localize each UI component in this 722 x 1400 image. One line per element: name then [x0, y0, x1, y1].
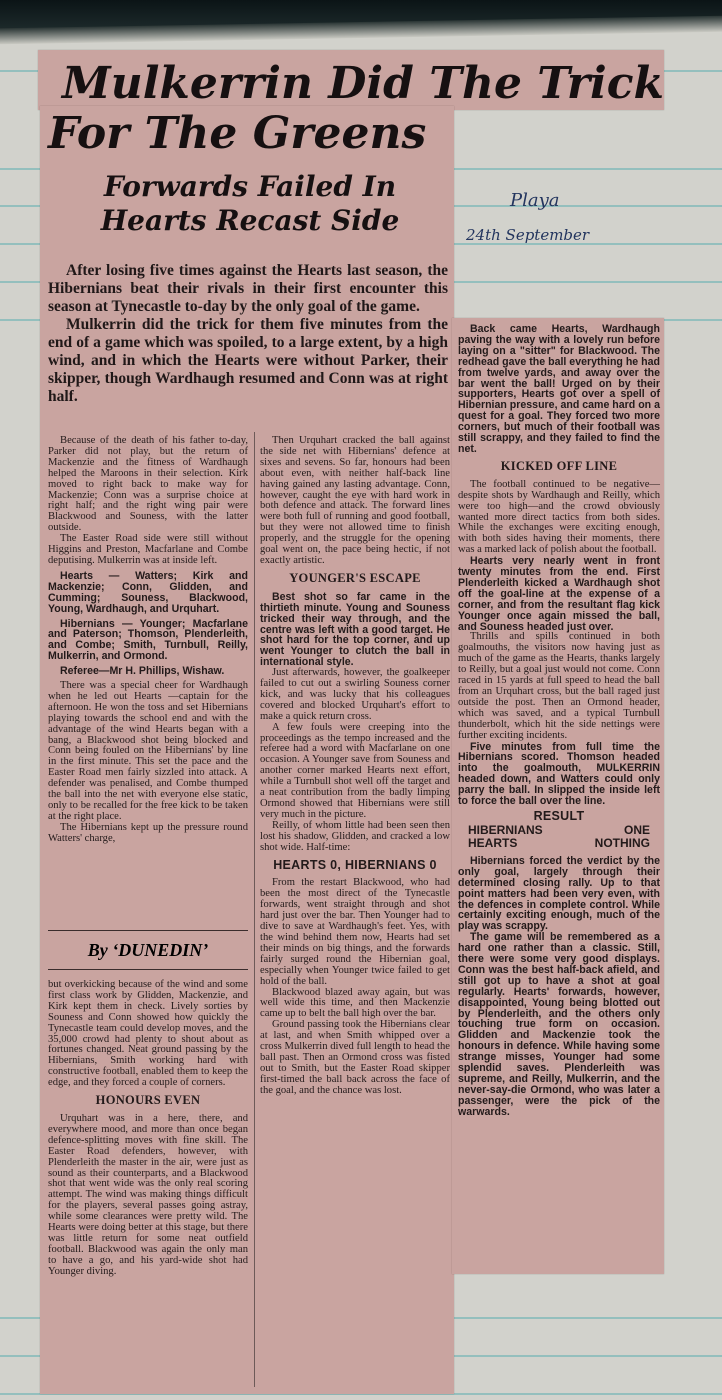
paragraph: Thrills and spills continued in both goa… — [458, 632, 660, 741]
paragraph-bold: The game will be remembered as a hard on… — [458, 932, 660, 1117]
halftime-score: HEARTS 0, HIBERNIANS 0 — [260, 860, 450, 871]
subheadline: Forwards Failed In Hearts Recast Side — [60, 170, 440, 238]
paragraph-bold: Hibernians forced the verdict by the onl… — [458, 856, 660, 932]
result-score: ONE — [624, 824, 650, 837]
paragraph: Ground passing took the Hibernians clear… — [260, 1020, 450, 1096]
referee: Referee—Mr H. Phillips, Wishaw. — [48, 666, 248, 677]
headline-line1: Mulkerrin Did The Trick — [40, 56, 664, 112]
column-2: Then Urquhart cracked the ball against t… — [260, 436, 450, 1097]
result-row: HIBERNIANS ONE — [458, 824, 660, 837]
paragraph: Then Urquhart cracked the ball against t… — [260, 436, 450, 567]
paragraph-bold: Five minutes from full time the Hibernia… — [458, 742, 660, 807]
paragraph-bold: Back came Hearts, Wardhaugh paving the w… — [458, 324, 660, 455]
result-score: NOTHING — [595, 837, 650, 850]
paragraph: Because of the death of his father to-da… — [48, 436, 248, 534]
column-1-upper: Because of the death of his father to-da… — [48, 436, 248, 845]
intro-paragraph: Mulkerrin did the trick for them five mi… — [48, 316, 448, 406]
headline-line2: For The Greens — [40, 108, 454, 168]
paragraph-bold: Best shot so far came in the thirtieth m… — [260, 592, 450, 668]
paragraph: The Easter Road side were still without … — [48, 534, 248, 567]
byline: By ‘DUNEDIN’ — [48, 930, 248, 970]
paragraph: The football continued to be negative—de… — [458, 480, 660, 556]
paragraph: Reilly, of whom little had been seen the… — [260, 821, 450, 854]
intro-paragraph: After losing five times against the Hear… — [48, 262, 448, 316]
paragraph: but overkicking because of the wind and … — [48, 980, 248, 1089]
column-1-lower: but overkicking because of the wind and … — [48, 980, 248, 1278]
paragraph: Urquhart was in a here, there, and every… — [48, 1114, 248, 1278]
paragraph: A few fouls were creeping into the proce… — [260, 723, 450, 821]
paragraph: The Hibernians kept up the pressure roun… — [48, 823, 248, 845]
column-divider — [254, 432, 255, 1387]
paragraph-bold: Hearts very nearly went in front twenty … — [458, 556, 660, 632]
section-heading: HONOURS EVEN — [48, 1095, 248, 1106]
paragraph: Blackwood blazed away again, but was wel… — [260, 988, 450, 1021]
result-team: HIBERNIANS — [468, 824, 543, 837]
section-heading: YOUNGER'S ESCAPE — [260, 573, 450, 584]
result-row: HEARTS NOTHING — [458, 837, 660, 850]
hearts-lineup: Hearts — Watters; Kirk and Mackenzie; Co… — [48, 571, 248, 615]
handwritten-note-date: 24th September — [466, 226, 589, 244]
result-team: HEARTS — [468, 837, 517, 850]
result-heading: RESULT — [458, 811, 660, 822]
hibernians-lineup: Hibernians — Younger; Macfarlane and Pat… — [48, 619, 248, 663]
handwritten-note-title: Playa — [510, 190, 560, 211]
column-3: Back came Hearts, Wardhaugh paving the w… — [458, 324, 660, 1118]
paragraph: Just afterwards, however, the goalkeeper… — [260, 668, 450, 723]
paragraph: There was a special cheer for Wardhaugh … — [48, 681, 248, 823]
paragraph: From the restart Blackwood, who had been… — [260, 878, 450, 987]
article-intro: After losing five times against the Hear… — [48, 262, 448, 406]
section-heading: KICKED OFF LINE — [458, 461, 660, 472]
